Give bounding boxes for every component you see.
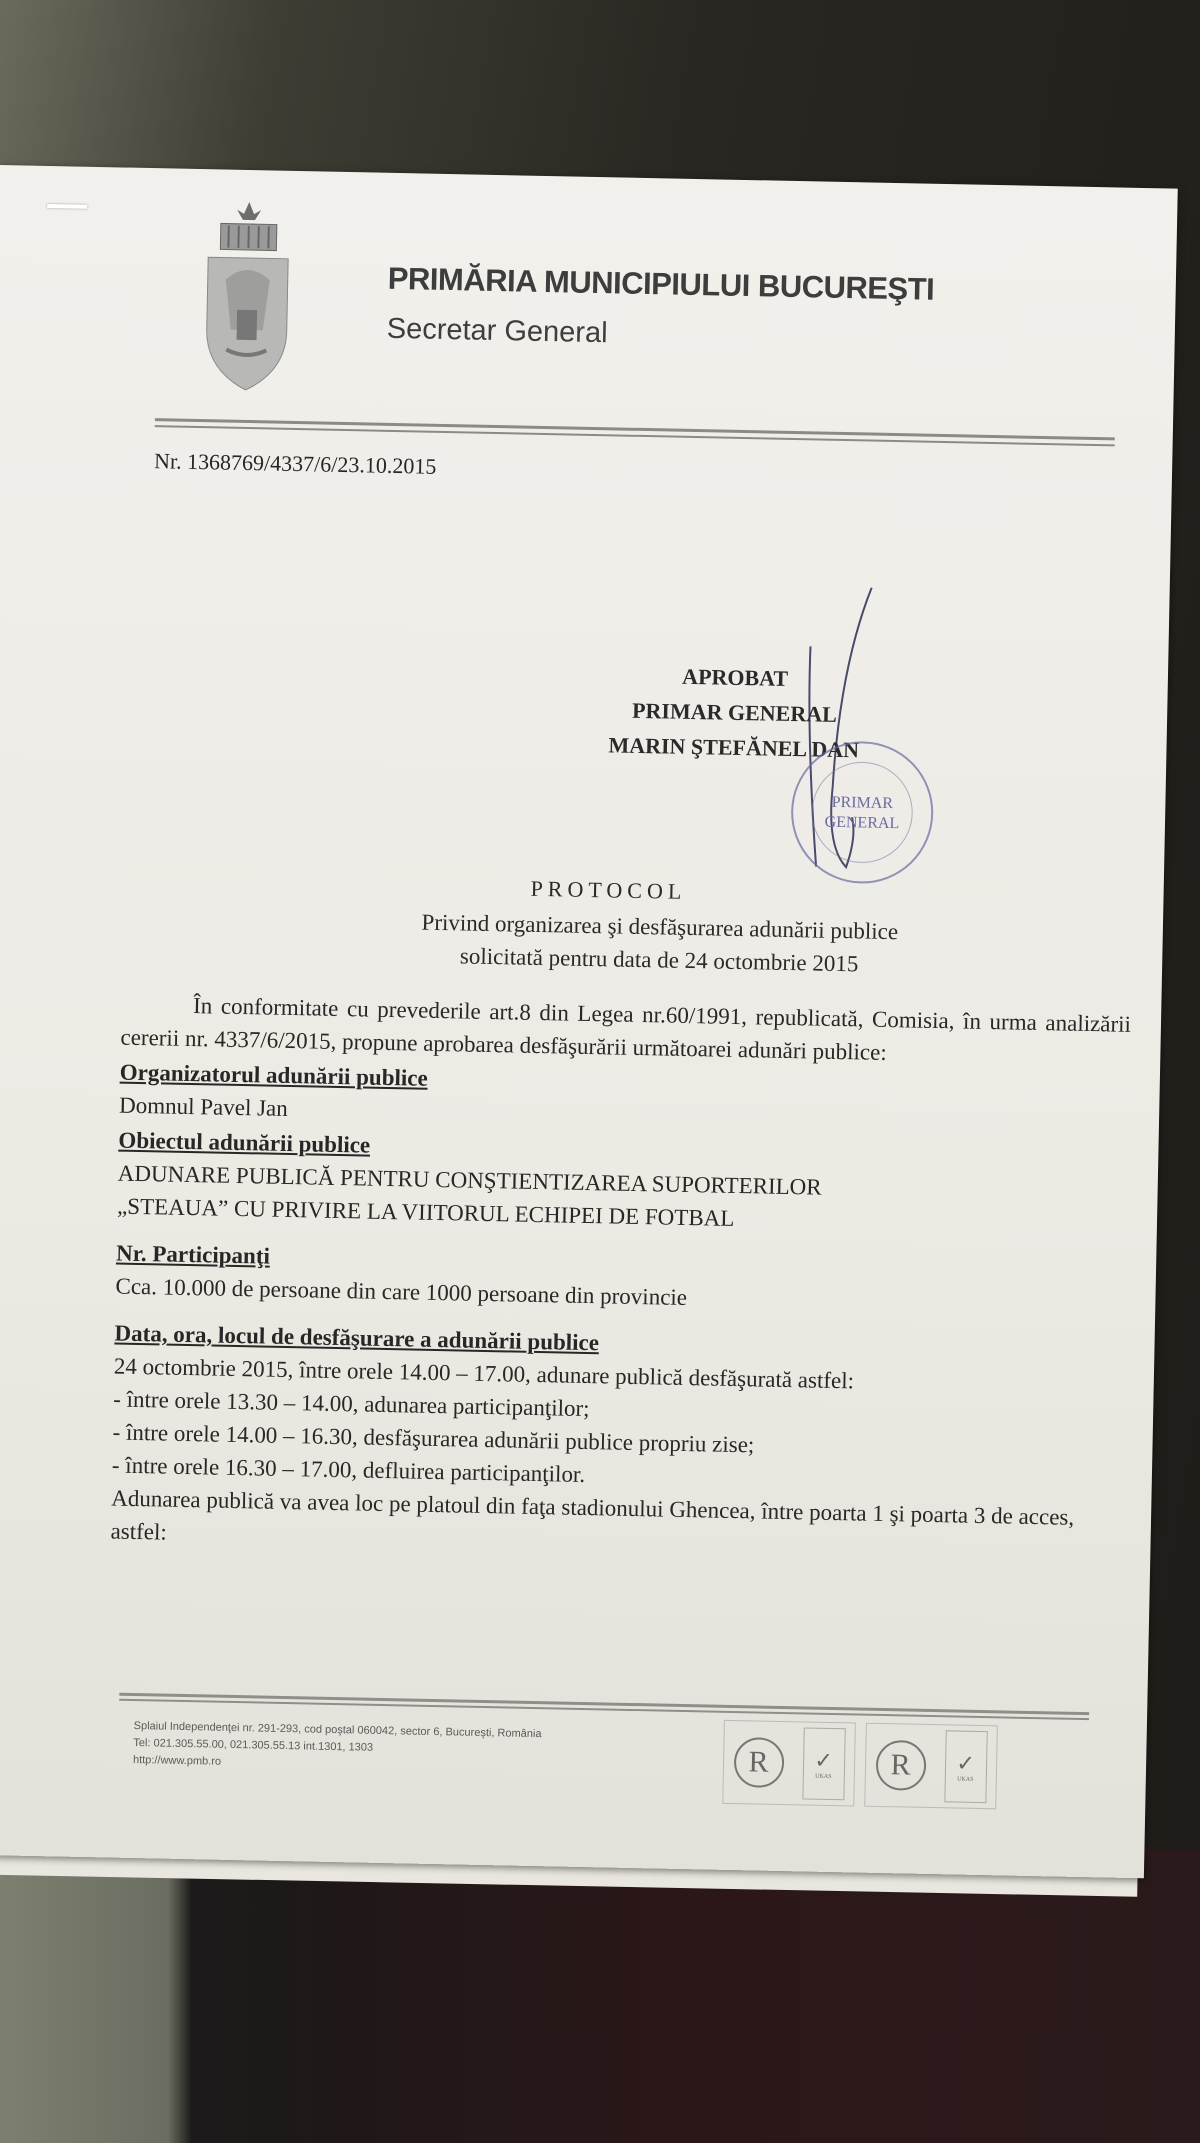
- registered-mark-icon: R: [875, 1740, 926, 1791]
- ukas-check-icon: ✓UKAS: [944, 1730, 987, 1803]
- institution-name: PRIMĂRIA MUNICIPIULUI BUCUREŞTI: [387, 261, 934, 308]
- footer-divider: [119, 1693, 1089, 1715]
- svg-text:PRIMAR: PRIMAR: [832, 794, 894, 812]
- svg-text:GENERAL: GENERAL: [824, 814, 899, 832]
- certification-logos: R ✓UKAS R ✓UKAS: [722, 1720, 998, 1809]
- document-number: Nr. 1368769/4337/6/23.10.2015: [154, 448, 437, 480]
- footer-contact: Splaiul Independenţei nr. 291-293, cod p…: [133, 1718, 542, 1777]
- department-name: Secretar General: [386, 313, 607, 350]
- official-stamp-icon: PRIMAR GENERAL: [786, 736, 939, 889]
- document-title: PROTOCOL: [530, 876, 686, 905]
- approval-role: PRIMAR GENERAL: [609, 692, 860, 732]
- approval-label: APROBAT: [610, 657, 861, 697]
- registered-mark-icon: R: [733, 1737, 784, 1788]
- certification-badge: R ✓UKAS: [722, 1720, 856, 1807]
- document-page: PRIMĂRIA MUNICIPIULUI BUCUREŞTI Secretar…: [0, 165, 1178, 1878]
- paper-mark: [47, 204, 87, 209]
- document-body: În conformitate cu prevederile art.8 din…: [110, 988, 1131, 1568]
- ukas-check-icon: ✓UKAS: [802, 1727, 845, 1800]
- certification-badge: R ✓UKAS: [864, 1723, 998, 1810]
- document-subtitle: Privind organizarea şi desfăşurarea adun…: [329, 904, 990, 983]
- bucharest-coat-of-arms-icon: [195, 199, 299, 401]
